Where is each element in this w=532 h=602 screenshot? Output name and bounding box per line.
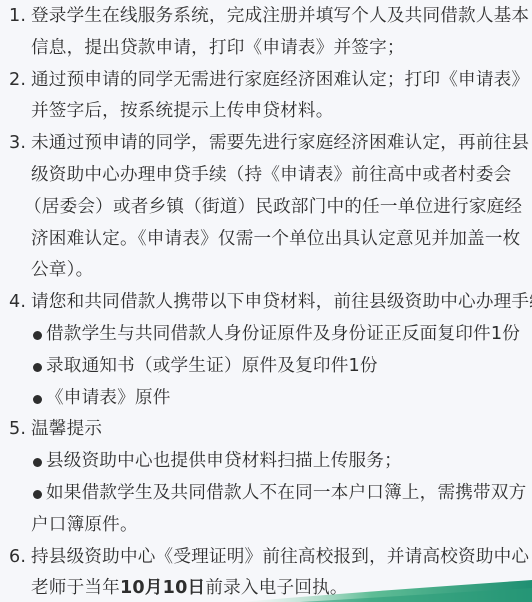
- bullet-text: 户口簿原件。: [31, 510, 138, 542]
- list-item-3-continuation: 济困难认定。《申请表》仅需一个单位出具认定意见并加盖一枚: [0, 224, 532, 256]
- item-text: 温馨提示: [31, 414, 102, 446]
- item-text: 并签字后，按系统提示上传申贷材料。: [31, 96, 334, 128]
- bullet-item: 录取通知书（或学生证）原件及复印件1份: [0, 351, 532, 383]
- bullet-text: 《申请表》原件: [46, 383, 171, 415]
- bullet-text: 如果借款学生及共同借款人不在同一本户口簿上，需携带双方: [46, 478, 526, 510]
- bullet-text: 录取通知书（或学生证）原件及复印件1份: [46, 351, 378, 383]
- bullet-item: 县级资助中心也提供申贷材料扫描上传服务；: [0, 446, 532, 478]
- item-number: 4.: [9, 287, 26, 319]
- list-item-2-continuation: 并签字后，按系统提示上传申贷材料。: [0, 96, 532, 128]
- list-item-5: 5. 温馨提示: [0, 414, 532, 446]
- bullet-text: 县级资助中心也提供申贷材料扫描上传服务；: [46, 446, 402, 478]
- item-text: 登录学生在线服务系统，完成注册并填写个人及共同借款人基本: [31, 1, 529, 33]
- list-item-3-continuation: （居委会）或者乡镇（街道）民政部门中的任一单位进行家庭经: [0, 192, 532, 224]
- text-before-date: 老师于当年: [31, 578, 120, 598]
- item-text: 持县级资助中心《受理证明》前往高校报到，并请高校资助中心: [31, 542, 529, 574]
- item-text: 济困难认定。《申请表》仅需一个单位出具认定意见并加盖一枚: [31, 224, 520, 256]
- list-item-3: 3. 未通过预申请的同学，需要先进行家庭经济困难认定，再前往县: [0, 128, 532, 160]
- bullet-text: 借款学生与共同借款人身份证原件及身份证正反面复印件1份: [46, 319, 520, 351]
- item-text: 级资助中心办理申贷手续（持《申请表》前往高中或者村委会: [31, 160, 511, 192]
- document-body: 1. 登录学生在线服务系统，完成注册并填写个人及共同借款人基本 信息，提出贷款申…: [0, 1, 532, 602]
- item-text: 通过预申请的同学无需进行家庭经济困难认定；打印《申请表》: [31, 65, 529, 97]
- text-after-date: 前录入电子回执。: [205, 578, 347, 598]
- item-text: 老师于当年10月10日前录入电子回执。: [31, 573, 348, 602]
- list-item-2: 2. 通过预申请的同学无需进行家庭经济困难认定；打印《申请表》: [0, 65, 532, 97]
- list-item-1: 1. 登录学生在线服务系统，完成注册并填写个人及共同借款人基本: [0, 1, 532, 33]
- item-number: 2.: [9, 65, 26, 97]
- item-text: 请您和共同借款人携带以下申贷材料，前往县级资助中心办理手续: [31, 287, 532, 319]
- list-item-4: 4. 请您和共同借款人携带以下申贷材料，前往县级资助中心办理手续: [0, 287, 532, 319]
- item-text: 公章）。: [31, 255, 93, 287]
- list-item-1-continuation: 信息，提出贷款申请，打印《申请表》并签字；: [0, 33, 532, 65]
- item-number: 5.: [9, 414, 26, 446]
- list-item-6: 6. 持县级资助中心《受理证明》前往高校报到，并请高校资助中心: [0, 542, 532, 574]
- bullet-item: 如果借款学生及共同借款人不在同一本户口簿上，需携带双方: [0, 478, 532, 510]
- deadline-date: 10月10日: [120, 578, 205, 598]
- item-text: （居委会）或者乡镇（街道）民政部门中的任一单位进行家庭经: [24, 192, 522, 224]
- bullet-dot-icon: [33, 490, 42, 499]
- list-item-3-continuation: 公章）。: [0, 255, 532, 287]
- bullet-item: 借款学生与共同借款人身份证原件及身份证正反面复印件1份: [0, 319, 532, 351]
- item-text: 未通过预申请的同学，需要先进行家庭经济困难认定，再前往县: [31, 128, 529, 160]
- bullet-dot-icon: [33, 395, 42, 404]
- item-text: 信息，提出贷款申请，打印《申请表》并签字；: [31, 33, 405, 65]
- item-number: 3.: [9, 128, 26, 160]
- item-number: 1.: [9, 1, 26, 33]
- bullet-dot-icon: [33, 331, 42, 340]
- list-item-3-continuation: 级资助中心办理申贷手续（持《申请表》前往高中或者村委会: [0, 160, 532, 192]
- list-item-6-continuation: 老师于当年10月10日前录入电子回执。: [0, 573, 532, 602]
- bullet-item: 《申请表》原件: [0, 383, 532, 415]
- bullet-dot-icon: [33, 458, 42, 467]
- item-number: 6.: [9, 542, 26, 574]
- bullet-continuation: 户口簿原件。: [0, 510, 532, 542]
- bullet-dot-icon: [33, 363, 42, 372]
